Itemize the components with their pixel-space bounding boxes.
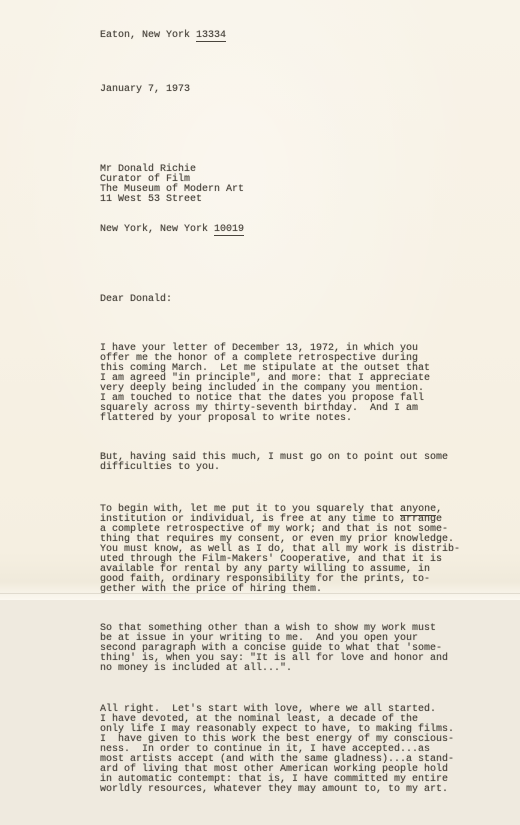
letter-date: January 7, 1973	[100, 85, 470, 95]
sender-city: Eaton, New York	[100, 30, 196, 41]
letter-body: Eaton, New York 13334 January 7, 1973 Mr…	[100, 1, 470, 600]
sender-zip-underlined: 13334	[196, 30, 226, 42]
recipient-city-line: New York, New York 10019	[100, 225, 470, 235]
paragraph-1: I have your letter of December 13, 1972,…	[100, 344, 470, 424]
letter-page: Eaton, New York 13334 January 7, 1973 Mr…	[0, 0, 520, 600]
salutation: Dear Donald:	[100, 295, 470, 305]
paper-bottom-edge	[0, 593, 520, 594]
letter-line: 11 West 53 Street	[100, 195, 470, 205]
paragraph-2: But, having said this much, I must go on…	[100, 453, 470, 473]
recipient-city: New York, New York	[100, 224, 214, 235]
recipient-address-block: Mr Donald RichieCurator of FilmThe Museu…	[100, 145, 470, 255]
sender-address-line: Eaton, New York 13334	[100, 31, 470, 41]
recipient-zip-underlined: 10019	[214, 224, 244, 236]
letter-line: difficulties to you.	[100, 463, 470, 473]
paragraph-3: To begin with, let me put it to you squa…	[100, 505, 470, 595]
letter-line: flattered by your proposal to write note…	[100, 414, 470, 424]
recipient-lines: Mr Donald RichieCurator of FilmThe Museu…	[100, 165, 470, 205]
